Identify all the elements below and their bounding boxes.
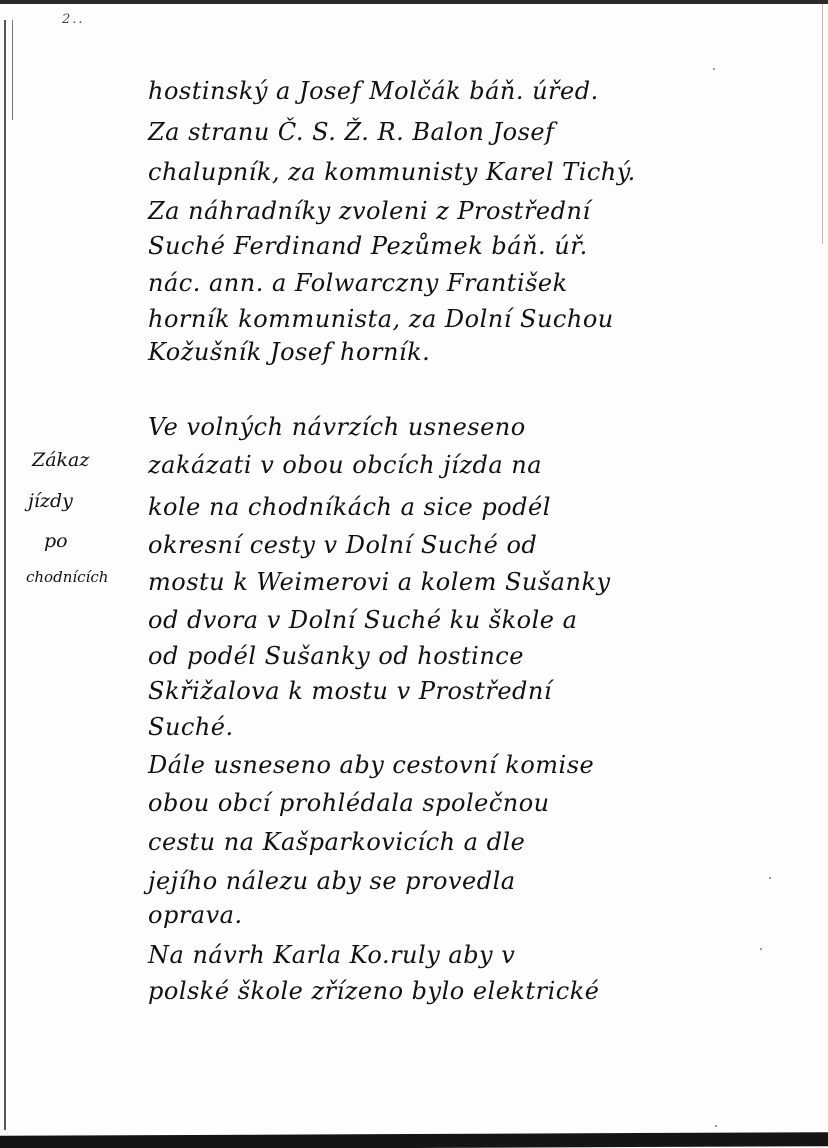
scan-speck — [715, 1125, 717, 1127]
scan-bottom-edge — [0, 1132, 828, 1148]
body-line: Za náhradníky zvoleni z Prostřední — [148, 196, 591, 226]
body-line: Skřižalova k mostu v Prostřední — [148, 676, 552, 706]
body-line: jejího nálezu aby se provedla — [148, 866, 516, 896]
body-line: hostinský a Josef Molčák báň. úřed. — [148, 76, 599, 106]
body-line: polské škole zřízeno bylo elektrické — [148, 976, 599, 1006]
body-line: cestu na Kašparkovicích a dle — [148, 827, 525, 857]
scan-top-edge — [0, 0, 828, 4]
page-left-border-secondary — [12, 20, 13, 120]
scan-speck — [769, 877, 771, 879]
margin-note-line: jízdy — [28, 490, 73, 512]
scan-speck — [713, 68, 715, 70]
page-right-border — [822, 4, 823, 244]
body-line: okresní cesty v Dolní Suché od — [148, 530, 537, 560]
body-line: Dále usneseno aby cestovní komise — [148, 750, 594, 780]
page-left-border — [4, 20, 6, 1130]
body-line: Ve volných návrzích usneseno — [148, 412, 526, 442]
margin-note-line: chodnících — [26, 566, 108, 588]
page-number: 2.. — [62, 12, 85, 27]
body-line: kole na chodníkách a sice podél — [148, 492, 551, 522]
body-line: Suché Ferdinand Pezůmek báň. úř. — [148, 231, 588, 261]
body-line: mostu k Weimerovi a kolem Sušanky — [148, 567, 611, 597]
body-line: od dvora v Dolní Suché ku škole a — [148, 605, 577, 635]
body-line: od podél Sušanky od hostince — [148, 641, 524, 671]
body-line: Suché. — [148, 712, 234, 742]
body-line: Kožušník Josef horník. — [148, 337, 430, 367]
body-line: oprava. — [148, 900, 243, 930]
body-line: chalupník, za kommunisty Karel Tichý. — [148, 157, 636, 187]
body-line: nác. ann. a Folwarczny František — [148, 268, 568, 298]
body-line: Za stranu Č. S. Ž. R. Balon Josef — [148, 117, 554, 147]
margin-note-line: Zákaz — [32, 449, 89, 471]
scanned-page: 2.. hostinský a Josef Molčák báň. úřed. … — [0, 0, 828, 1148]
body-line: Na návrh Karla Ko.ruly aby v — [148, 940, 515, 970]
scan-speck — [760, 948, 762, 950]
body-line: zakázati v obou obcích jízda na — [148, 450, 542, 480]
body-line: horník kommunista, za Dolní Suchou — [148, 304, 614, 334]
margin-note-line: po — [44, 530, 68, 552]
body-line: obou obcí prohlédala společnou — [148, 788, 550, 818]
